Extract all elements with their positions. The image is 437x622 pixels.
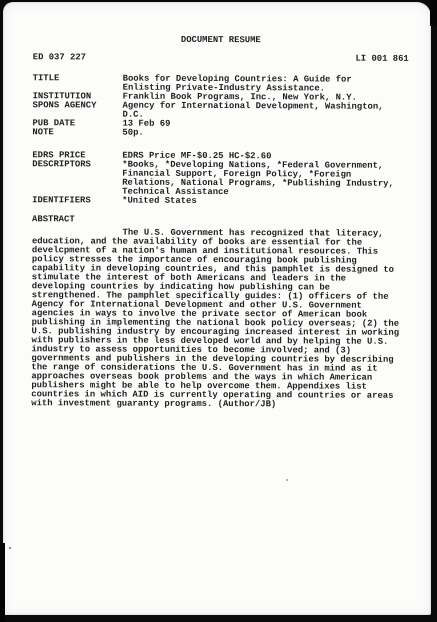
field-value: Books for Developing Countries: A Guide … <box>123 75 352 94</box>
field-row: DESCRIPTORS *Books, *Developing Nations,… <box>32 160 408 198</box>
field-label: SPONS AGENCY <box>33 101 123 110</box>
fields-list: TITLE Books for Developing Countries: A … <box>32 74 409 207</box>
field-row: SPONS AGENCY Agency for International De… <box>32 101 408 121</box>
scan-artifact-left-edge <box>0 543 5 622</box>
document-resume-heading: DOCUMENT RESUME <box>33 35 409 46</box>
abstract-label: ABSTRACT <box>32 215 408 226</box>
scan-artifact-right-edge <box>430 0 437 26</box>
field-value: 50p. <box>122 129 143 138</box>
field-label: TITLE <box>33 74 123 83</box>
document-page: DOCUMENT RESUME ED 037 227 LI 001 861 TI… <box>3 2 431 615</box>
page-content: DOCUMENT RESUME ED 037 227 LI 001 861 TI… <box>0 1 431 616</box>
field-row: IDENTIFIERS *United States <box>32 196 408 207</box>
abstract-text: The U.S. Government has recognized that … <box>31 228 408 410</box>
field-label: NOTE <box>32 128 122 137</box>
field-value: *United States <box>122 197 197 206</box>
ed-number: ED 037 227 <box>33 53 86 62</box>
field-row: NOTE 50p. <box>32 128 408 139</box>
scanned-document: DOCUMENT RESUME ED 037 227 LI 001 861 TI… <box>0 0 437 622</box>
field-value: *Books, *Developing Nations, *Federal Go… <box>122 161 394 198</box>
accession-row: ED 037 227 LI 001 861 <box>33 53 409 64</box>
field-label: DESCRIPTORS <box>32 160 122 169</box>
clearinghouse-number: LI 001 861 <box>355 55 408 64</box>
scan-speck <box>9 547 11 549</box>
scan-speck <box>286 479 288 481</box>
field-label: IDENTIFIERS <box>32 196 122 205</box>
